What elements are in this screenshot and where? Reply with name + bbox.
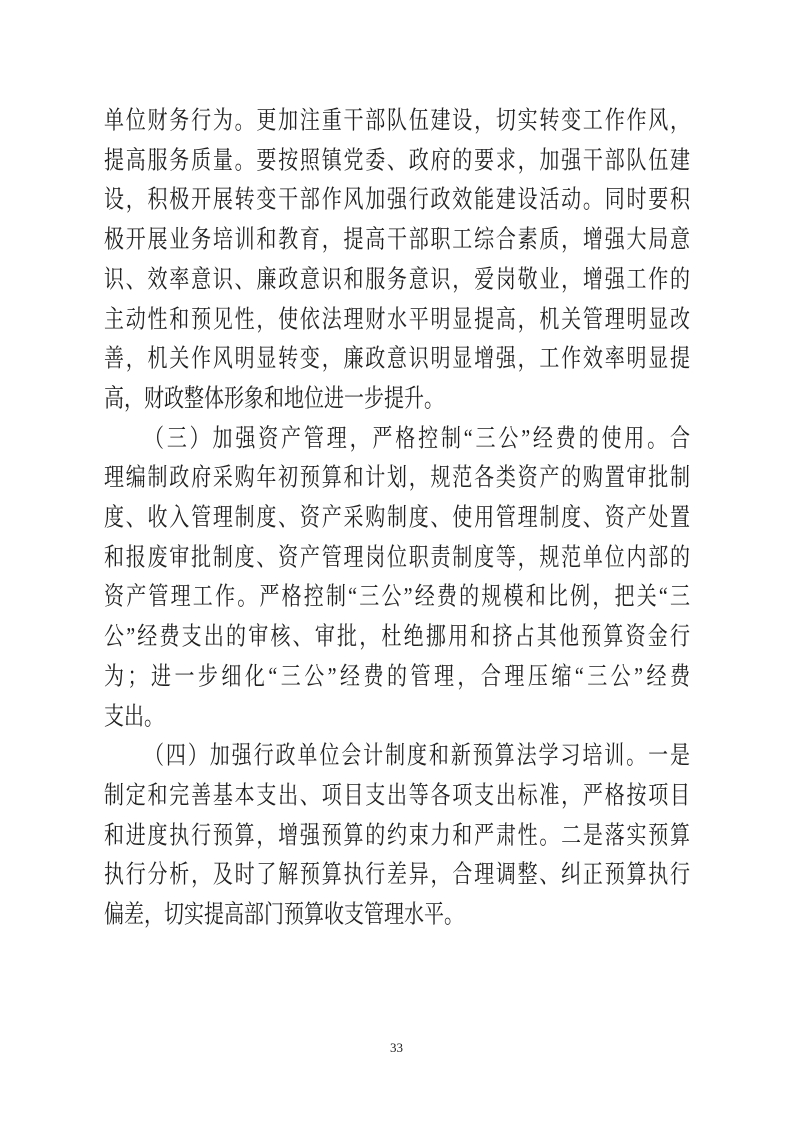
document-body: 单位财务行为。更加注重干部队伍建设，切实转变工作作风， 提高服务质量。要按照镇党… — [104, 102, 690, 936]
paragraph-section-three: （三）加强资产管理，严格控制“三公”经费的使用。合 理编制政府采购年初预算和计划… — [104, 420, 690, 738]
document-page: 单位财务行为。更加注重干部队伍建设，切实转变工作作风， 提高服务质量。要按照镇党… — [0, 0, 793, 1122]
page-number: 33 — [0, 1040, 793, 1055]
paragraph-section-four: （四）加强行政单位会计制度和新预算法学习培训。一是 制定和完善基本支出、项目支出… — [104, 737, 690, 936]
text-line: 偏差，切实提高部门预算收支管理水平。 — [104, 891, 690, 941]
paragraph-continuation: 单位财务行为。更加注重干部队伍建设，切实转变工作作风， 提高服务质量。要按照镇党… — [104, 102, 690, 420]
